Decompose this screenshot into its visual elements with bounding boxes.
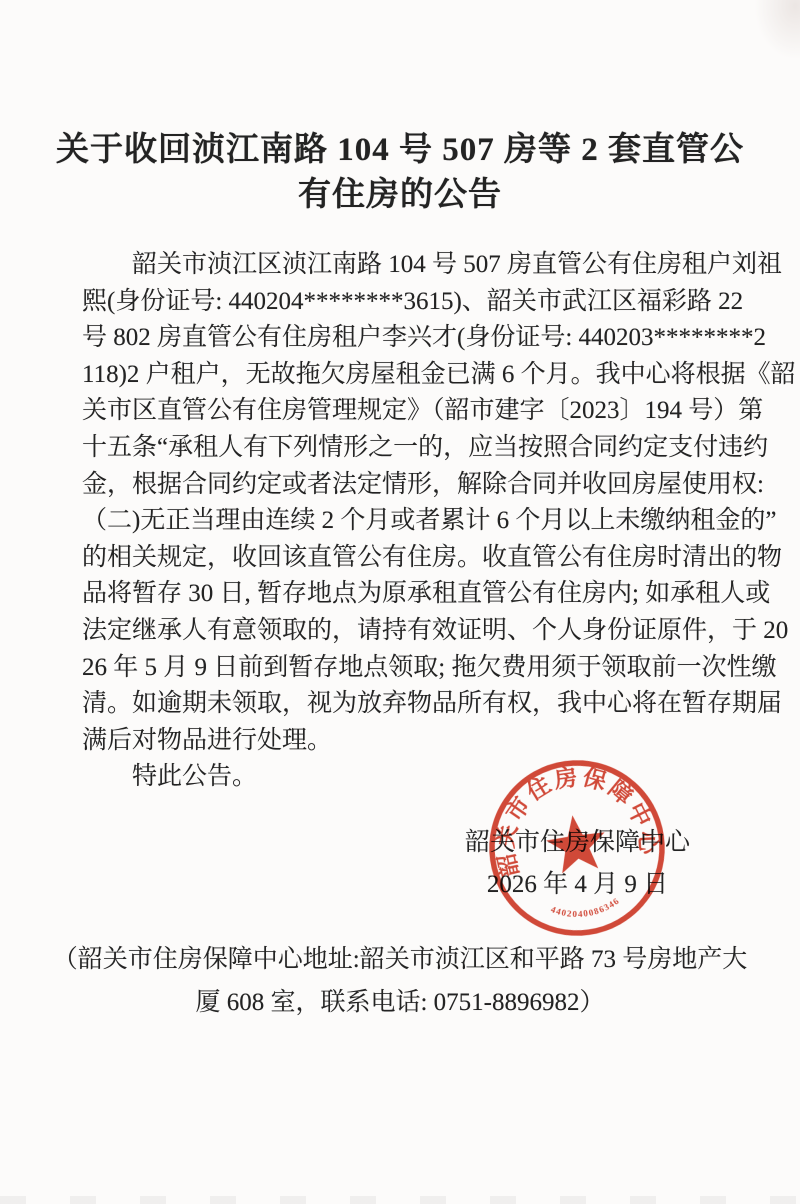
signature-date: 2026 年 4 月 9 日 <box>487 864 668 906</box>
scan-artifact <box>754 0 800 60</box>
body-line: （二)无正当理由连续 2 个月或者累计 6 个月以上未缴纳租金的” <box>82 503 722 540</box>
footer-line-2: 厦 608 室，联系电话: 0751-8896982） <box>0 981 800 1024</box>
body-line: 满后对物品进行处理。 <box>82 723 722 760</box>
notice-footer: （韶关市住房保障中心地址:韶关市浈江区和平路 73 号房地产大 厦 608 室，… <box>0 938 800 1024</box>
body-line: 熙(身份证号: 440204********3615)、韶关市武江区福彩路 22 <box>82 284 722 321</box>
body-line: 清。如逾期未领取，视为放弃物品所有权，我中心将在暂存期届 <box>82 686 722 723</box>
body-line: 关市区直管公有住房管理规定》（韶市建字〔2023〕194 号）第 <box>82 393 722 430</box>
body-line: 特此公告。 <box>82 759 722 796</box>
body-line: 金，根据合同约定或者法定情形，解除合同并收回房屋使用权: <box>82 467 722 504</box>
body-line: 十五条“承租人有下列情形之一的，应当按照合同约定支付违约 <box>82 430 722 467</box>
signature-org: 韶关市住房保障中心 <box>465 822 690 864</box>
notice-title: 关于收回浈江南路 104 号 507 房等 2 套直管公 有住房的公告 <box>0 128 800 218</box>
body-line: 118)2 户租户，无故拖欠房屋租金已满 6 个月。我中心将根据《韶 <box>82 357 722 394</box>
body-line: 品将暂存 30 日, 暂存地点为原承租直管公有住房内; 如承租人或 <box>82 576 722 613</box>
scan-artifact <box>0 1196 800 1204</box>
body-line: 法定继承人有意领取的，请持有效证明、个人身份证原件，于 20 <box>82 613 722 650</box>
body-line: 号 802 房直管公有住房租户李兴才(身份证号: 440203********2 <box>82 320 722 357</box>
notice-page: 关于收回浈江南路 104 号 507 房等 2 套直管公 有住房的公告 韶关市浈… <box>0 0 800 1204</box>
body-line: 韶关市浈江区浈江南路 104 号 507 房直管公有住房租户刘祖 <box>82 247 722 284</box>
footer-line-1: （韶关市住房保障中心地址:韶关市浈江区和平路 73 号房地产大 <box>0 938 800 981</box>
title-line-2: 有住房的公告 <box>0 173 800 218</box>
notice-body: 韶关市浈江区浈江南路 104 号 507 房直管公有住房租户刘祖 熙(身份证号:… <box>82 247 722 906</box>
title-line-1: 关于收回浈江南路 104 号 507 房等 2 套直管公 <box>0 128 800 173</box>
signature-block: 韶关市住房保障中心 2026 年 4 月 9 日 <box>465 822 690 906</box>
body-line: 的相关规定，收回该直管公有住房。收直管公有住房时清出的物 <box>82 540 722 577</box>
body-line: 26 年 5 月 9 日前到暂存地点领取; 拖欠费用须于领取前一次性缴 <box>82 650 722 687</box>
